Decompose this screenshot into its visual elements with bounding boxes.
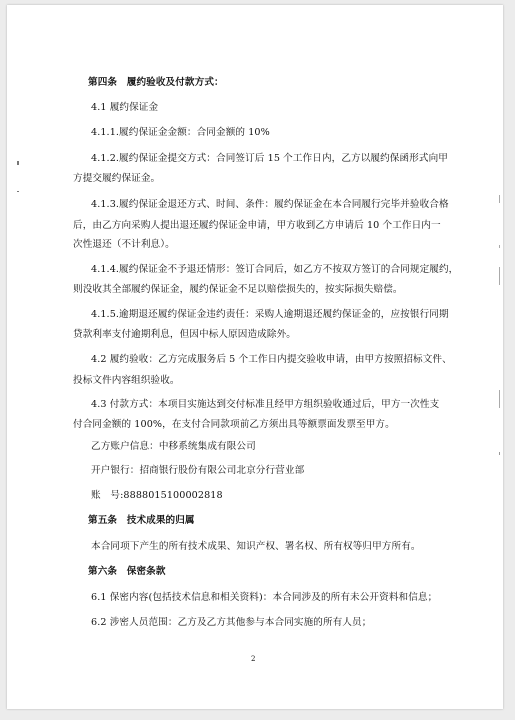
section-4-heading: 第四条 履约验收及付款方式：	[88, 77, 224, 89]
clause-4-1-4-cont: 则没收其全部履约保证金，履约保证金不足以赔偿损失的，按实际损失赔偿。	[73, 284, 403, 296]
margin-mark	[499, 452, 500, 455]
account-info: 乙方账户信息：中移系统集成有限公司	[91, 441, 256, 453]
clause-6-2: 6.2 涉密人员范围：乙方及乙方其他参与本合同实施的所有人员；	[91, 617, 371, 629]
clause-4-1-3-cont2: 次性退还（不计利息）。	[73, 239, 175, 251]
clause-6-1: 6.1 保密内容(包括技术信息和相关资料)：本合同涉及的所有未公开资料和信息；	[91, 592, 437, 604]
margin-mark	[17, 161, 19, 165]
section-6-heading: 第六条 保密条款	[88, 566, 166, 578]
page-number: 2	[251, 655, 255, 663]
clause-4-1-4: 4.1.4.履约保证金不予退还情形：签订合同后，如乙方不按双方签订的合同规定履约…	[91, 264, 458, 276]
clause-4-1-5-cont: 贷款利率支付逾期利息，但因中标人原因造成除外。	[73, 329, 296, 341]
section-5-heading: 第五条 技术成果的归属	[88, 515, 195, 527]
clause-4-1-1: 4.1.1.履约保证金金额：合同金额的 10%	[91, 127, 270, 139]
margin-mark	[499, 390, 500, 408]
document-page: 第四条 履约验收及付款方式： 4.1 履约保证金 4.1.1.履约保证金金额：合…	[7, 5, 503, 709]
clause-4-1-3: 4.1.3.履约保证金退还方式、时间、条件：履约保证金在本合同履行完毕并验收合格	[91, 199, 449, 211]
margin-mark	[499, 195, 500, 203]
margin-mark	[17, 191, 19, 192]
margin-mark	[499, 267, 500, 285]
clause-4-3-cont: 付合同金额的 100%，在支付合同款项前乙方须出具等额票面发票至甲方。	[73, 419, 395, 431]
section-5-body: 本合同项下产生的所有技术成果、知识产权、署名权、所有权等归甲方所有。	[91, 541, 421, 553]
clause-4-1-2-cont: 方提交履约保证金。	[73, 173, 160, 185]
bank-info: 开户银行：招商银行股份有限公司北京分行营业部	[91, 465, 304, 477]
clause-4-1-3-cont: 后，由乙方向采购人提出退还履约保证金申请，甲方收到乙方申请后 10 个工作日内一	[73, 220, 441, 232]
clause-4-1-2: 4.1.2.履约保证金提交方式：合同签订后 15 个工作日内，乙方以履约保函形式…	[91, 153, 448, 165]
clause-4-3: 4.3 付款方式：本项目实施达到交付标准且经甲方组织验收通过后，甲方一次性支	[91, 399, 439, 411]
clause-4-2-cont: 投标文件内容组织验收。	[73, 375, 180, 387]
clause-4-2: 4.2 履约验收：乙方完成服务后 5 个工作日内提交验收申请，由甲方按照招标文件…	[91, 354, 452, 366]
margin-mark	[499, 245, 500, 248]
clause-4-1-5: 4.1.5.逾期退还履约保证金违约责任：采购人逾期退还履约保证金的，应按银行同期	[91, 309, 449, 321]
account-number: 账 号:8888015100002818	[91, 490, 223, 502]
clause-4-1: 4.1 履约保证金	[91, 102, 158, 114]
